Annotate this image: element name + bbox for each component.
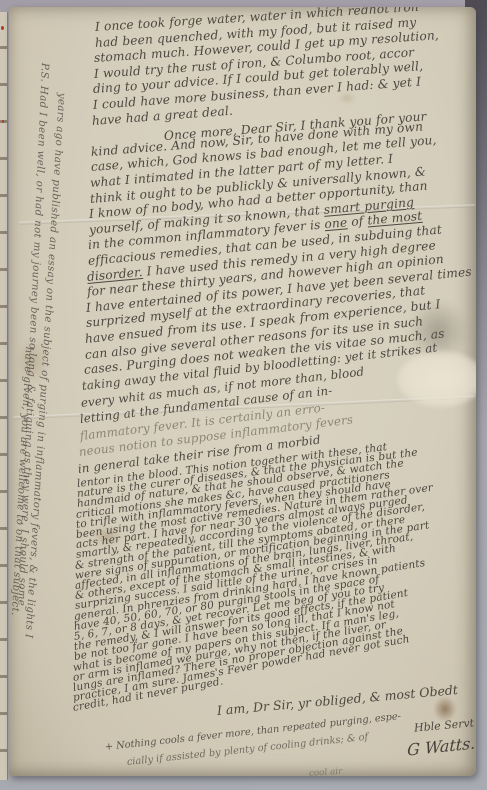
adjacent-page-edge [0,12,8,780]
paper-damage-patch [397,351,476,407]
closing-line: I am, Dr Sir, yr obliged, & most Obedt [216,682,458,718]
stain [339,93,355,103]
signature: G Watts. [407,733,476,759]
red-speck [2,120,4,123]
photograph-backdrop: I once took forge water, water in which … [0,0,487,790]
letter-page: I once took forge water, water in which … [9,7,476,776]
valediction: Hble Servt [414,716,475,734]
red-speck [1,26,4,30]
footnote-line: cool air [309,768,343,776]
